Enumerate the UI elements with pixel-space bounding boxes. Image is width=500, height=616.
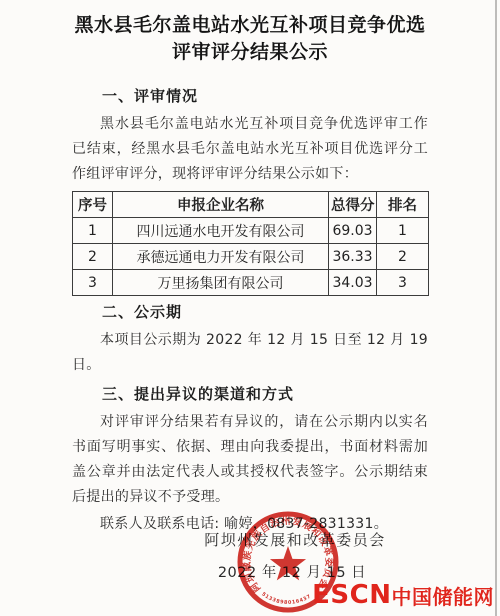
scanned-announcement-page: 黑水县毛尔盖电站水光互补项目竞争优选 评审评分结果公示 一、评审情况 黑水县毛尔… [0,0,500,616]
section3-heading: 三、提出异议的渠道和方式 [72,384,428,404]
section1-paragraph: 黑水县毛尔盖电站水光互补项目竞争优选评审工作已结束，经黑水县毛尔盖电站水光互补项… [72,112,428,187]
table-row: 2 承德远通电力开发有限公司 36.33 2 [73,244,429,270]
table-row: 1 四川远通水电开发有限公司 69.03 1 [73,218,429,244]
document-title: 黑水县毛尔盖电站水光互补项目竞争优选 评审评分结果公示 [72,12,428,66]
section3-paragraph: 对评审评分结果若有异议的，请在公示期内以实名书面写明事实、依据、理由向我委提出，… [72,410,428,510]
cell-seq: 2 [73,244,113,270]
document-body: 黑水县毛尔盖电站水光互补项目竞争优选 评审评分结果公示 一、评审情况 黑水县毛尔… [72,0,428,537]
table-header-row: 序号 申报企业名称 总得分 排名 [73,192,429,218]
document-title-line2: 评审评分结果公示 [72,39,428,66]
cell-seq: 3 [73,270,113,296]
escn-logo-cn: 中国储能网 [392,587,495,608]
cell-company-name: 四川远通水电开发有限公司 [113,218,329,244]
header-total-score: 总得分 [329,192,377,218]
escn-logo: ESCN 中国储能网 [312,582,494,608]
section2-paragraph: 本项目公示期为 2022 年 12 月 15 日至 12 月 19 日。 [72,328,428,378]
cell-seq: 1 [73,218,113,244]
cell-company-name: 万里扬集团有限公司 [113,270,329,296]
header-company-name: 申报企业名称 [113,192,329,218]
escn-logo-en: ESCN [312,582,391,608]
cell-total-score: 36.33 [329,244,377,270]
section2-heading: 二、公示期 [72,302,428,322]
cell-rank: 3 [377,270,429,296]
cell-company-name: 承德远通电力开发有限公司 [113,244,329,270]
star-icon [270,546,306,580]
document-title-line1: 黑水县毛尔盖电站水光互补项目竞争优选 [72,12,428,39]
scan-edge-shadow [495,0,497,616]
cell-rank: 1 [377,218,429,244]
header-seq: 序号 [73,192,113,218]
cell-total-score: 69.03 [329,218,377,244]
score-table: 序号 申报企业名称 总得分 排名 1 四川远通水电开发有限公司 69.03 1 … [72,191,429,296]
header-rank: 排名 [377,192,429,218]
section1-heading: 一、评审情况 [72,86,428,106]
table-row: 3 万里扬集团有限公司 34.03 3 [73,270,429,296]
cell-rank: 2 [377,244,429,270]
cell-total-score: 34.03 [329,270,377,296]
